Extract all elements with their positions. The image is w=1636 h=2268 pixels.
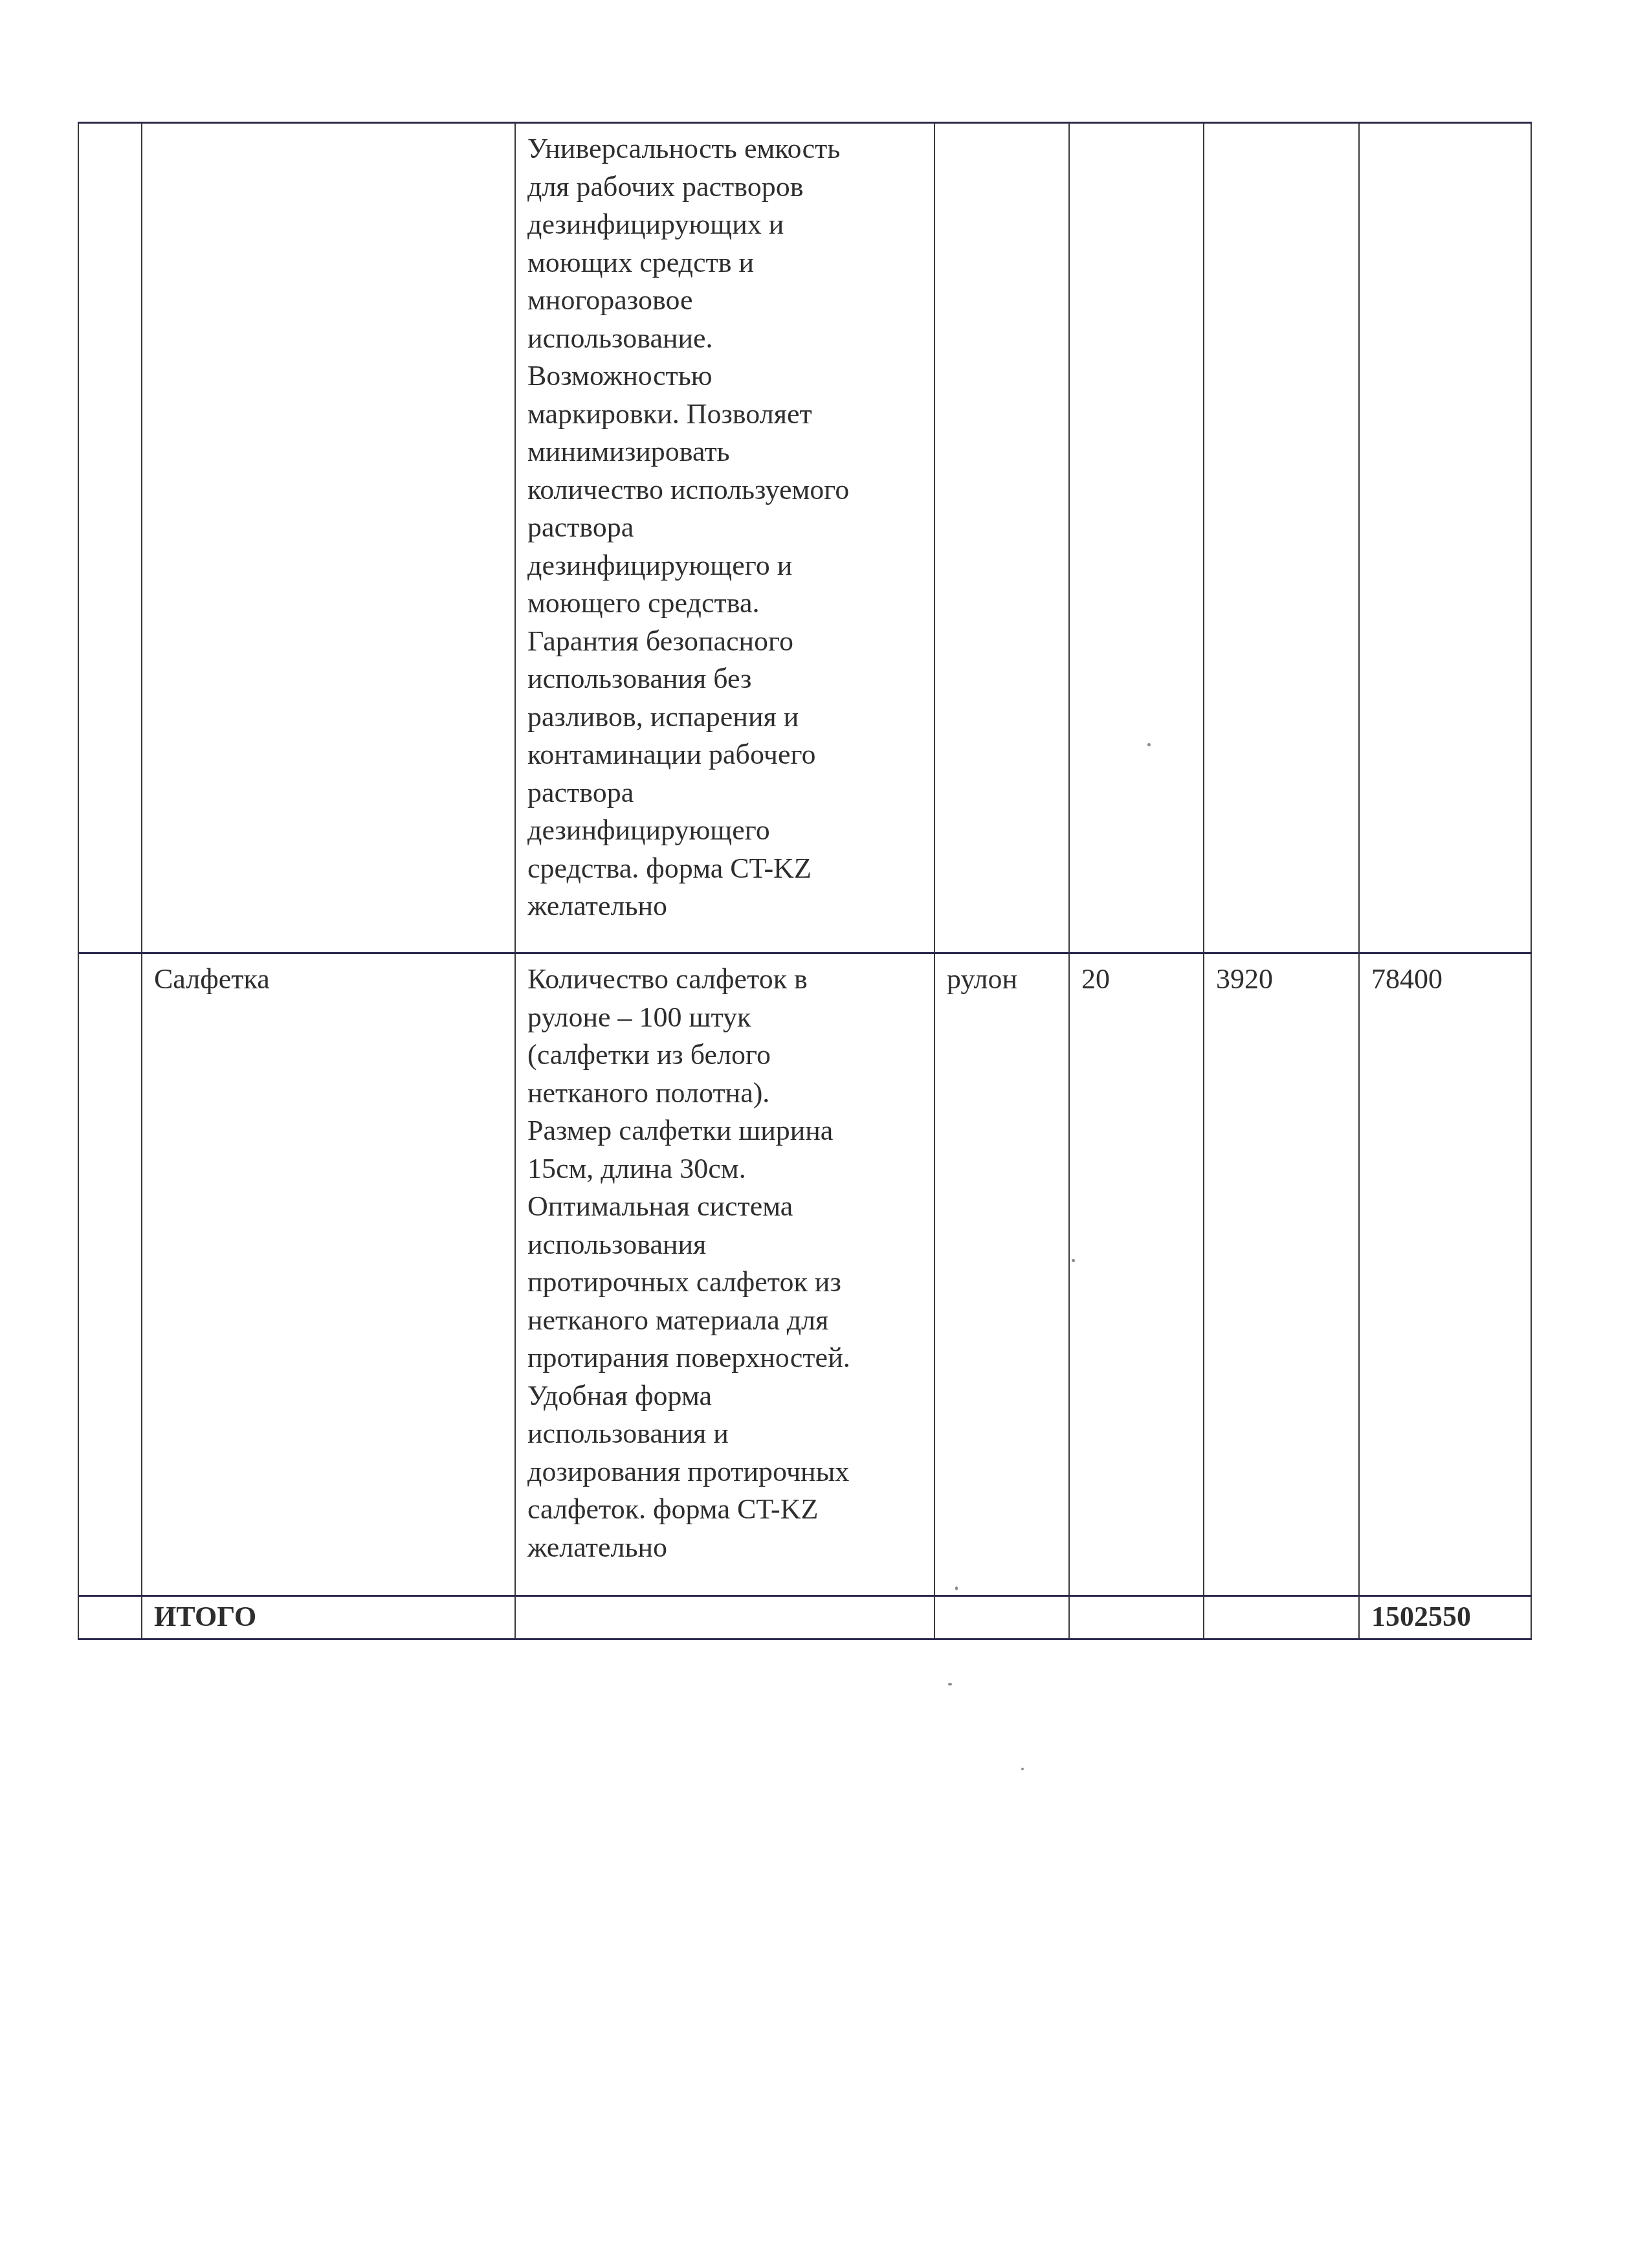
- scan-speck: [955, 1586, 958, 1590]
- sum-cell: [1359, 123, 1531, 953]
- total-empty-cell: [515, 1596, 934, 1640]
- total-row: ИТОГО 1502550: [78, 1596, 1531, 1640]
- total-empty-cell: [934, 1596, 1069, 1640]
- total-number-cell: [78, 1596, 142, 1640]
- quantity-cell: [1069, 123, 1204, 953]
- price-cell: 3920: [1204, 953, 1359, 1596]
- row-number-cell: [78, 123, 142, 953]
- quantity-cell: 20: [1069, 953, 1204, 1596]
- total-empty-cell: [1204, 1596, 1359, 1640]
- price-cell: [1204, 123, 1359, 953]
- scan-speck: [1021, 1768, 1024, 1770]
- scan-speck: [1147, 743, 1151, 746]
- total-empty-cell: [1069, 1596, 1204, 1640]
- scan-speck: [1072, 1259, 1075, 1262]
- item-name-cell: [142, 123, 515, 953]
- total-label: ИТОГО: [142, 1596, 515, 1640]
- table-row: Салфетка Количество салфеток в рулоне – …: [78, 953, 1531, 1596]
- table-row: Универсальность емкость для рабочих раст…: [78, 123, 1531, 953]
- row-number-cell: [78, 953, 142, 1596]
- unit-cell: рулон: [934, 953, 1069, 1596]
- total-value: 1502550: [1359, 1596, 1531, 1640]
- sum-cell: 78400: [1359, 953, 1531, 1596]
- specification-table: Универсальность емкость для рабочих раст…: [78, 122, 1532, 1640]
- item-name-cell: Салфетка: [142, 953, 515, 1596]
- document-page: Универсальность емкость для рабочих раст…: [0, 0, 1636, 2268]
- item-description-cell: Универсальность емкость для рабочих раст…: [515, 123, 934, 953]
- unit-cell: [934, 123, 1069, 953]
- item-description-cell: Количество салфеток в рулоне – 100 штук …: [515, 953, 934, 1596]
- scan-speck: [948, 1683, 952, 1685]
